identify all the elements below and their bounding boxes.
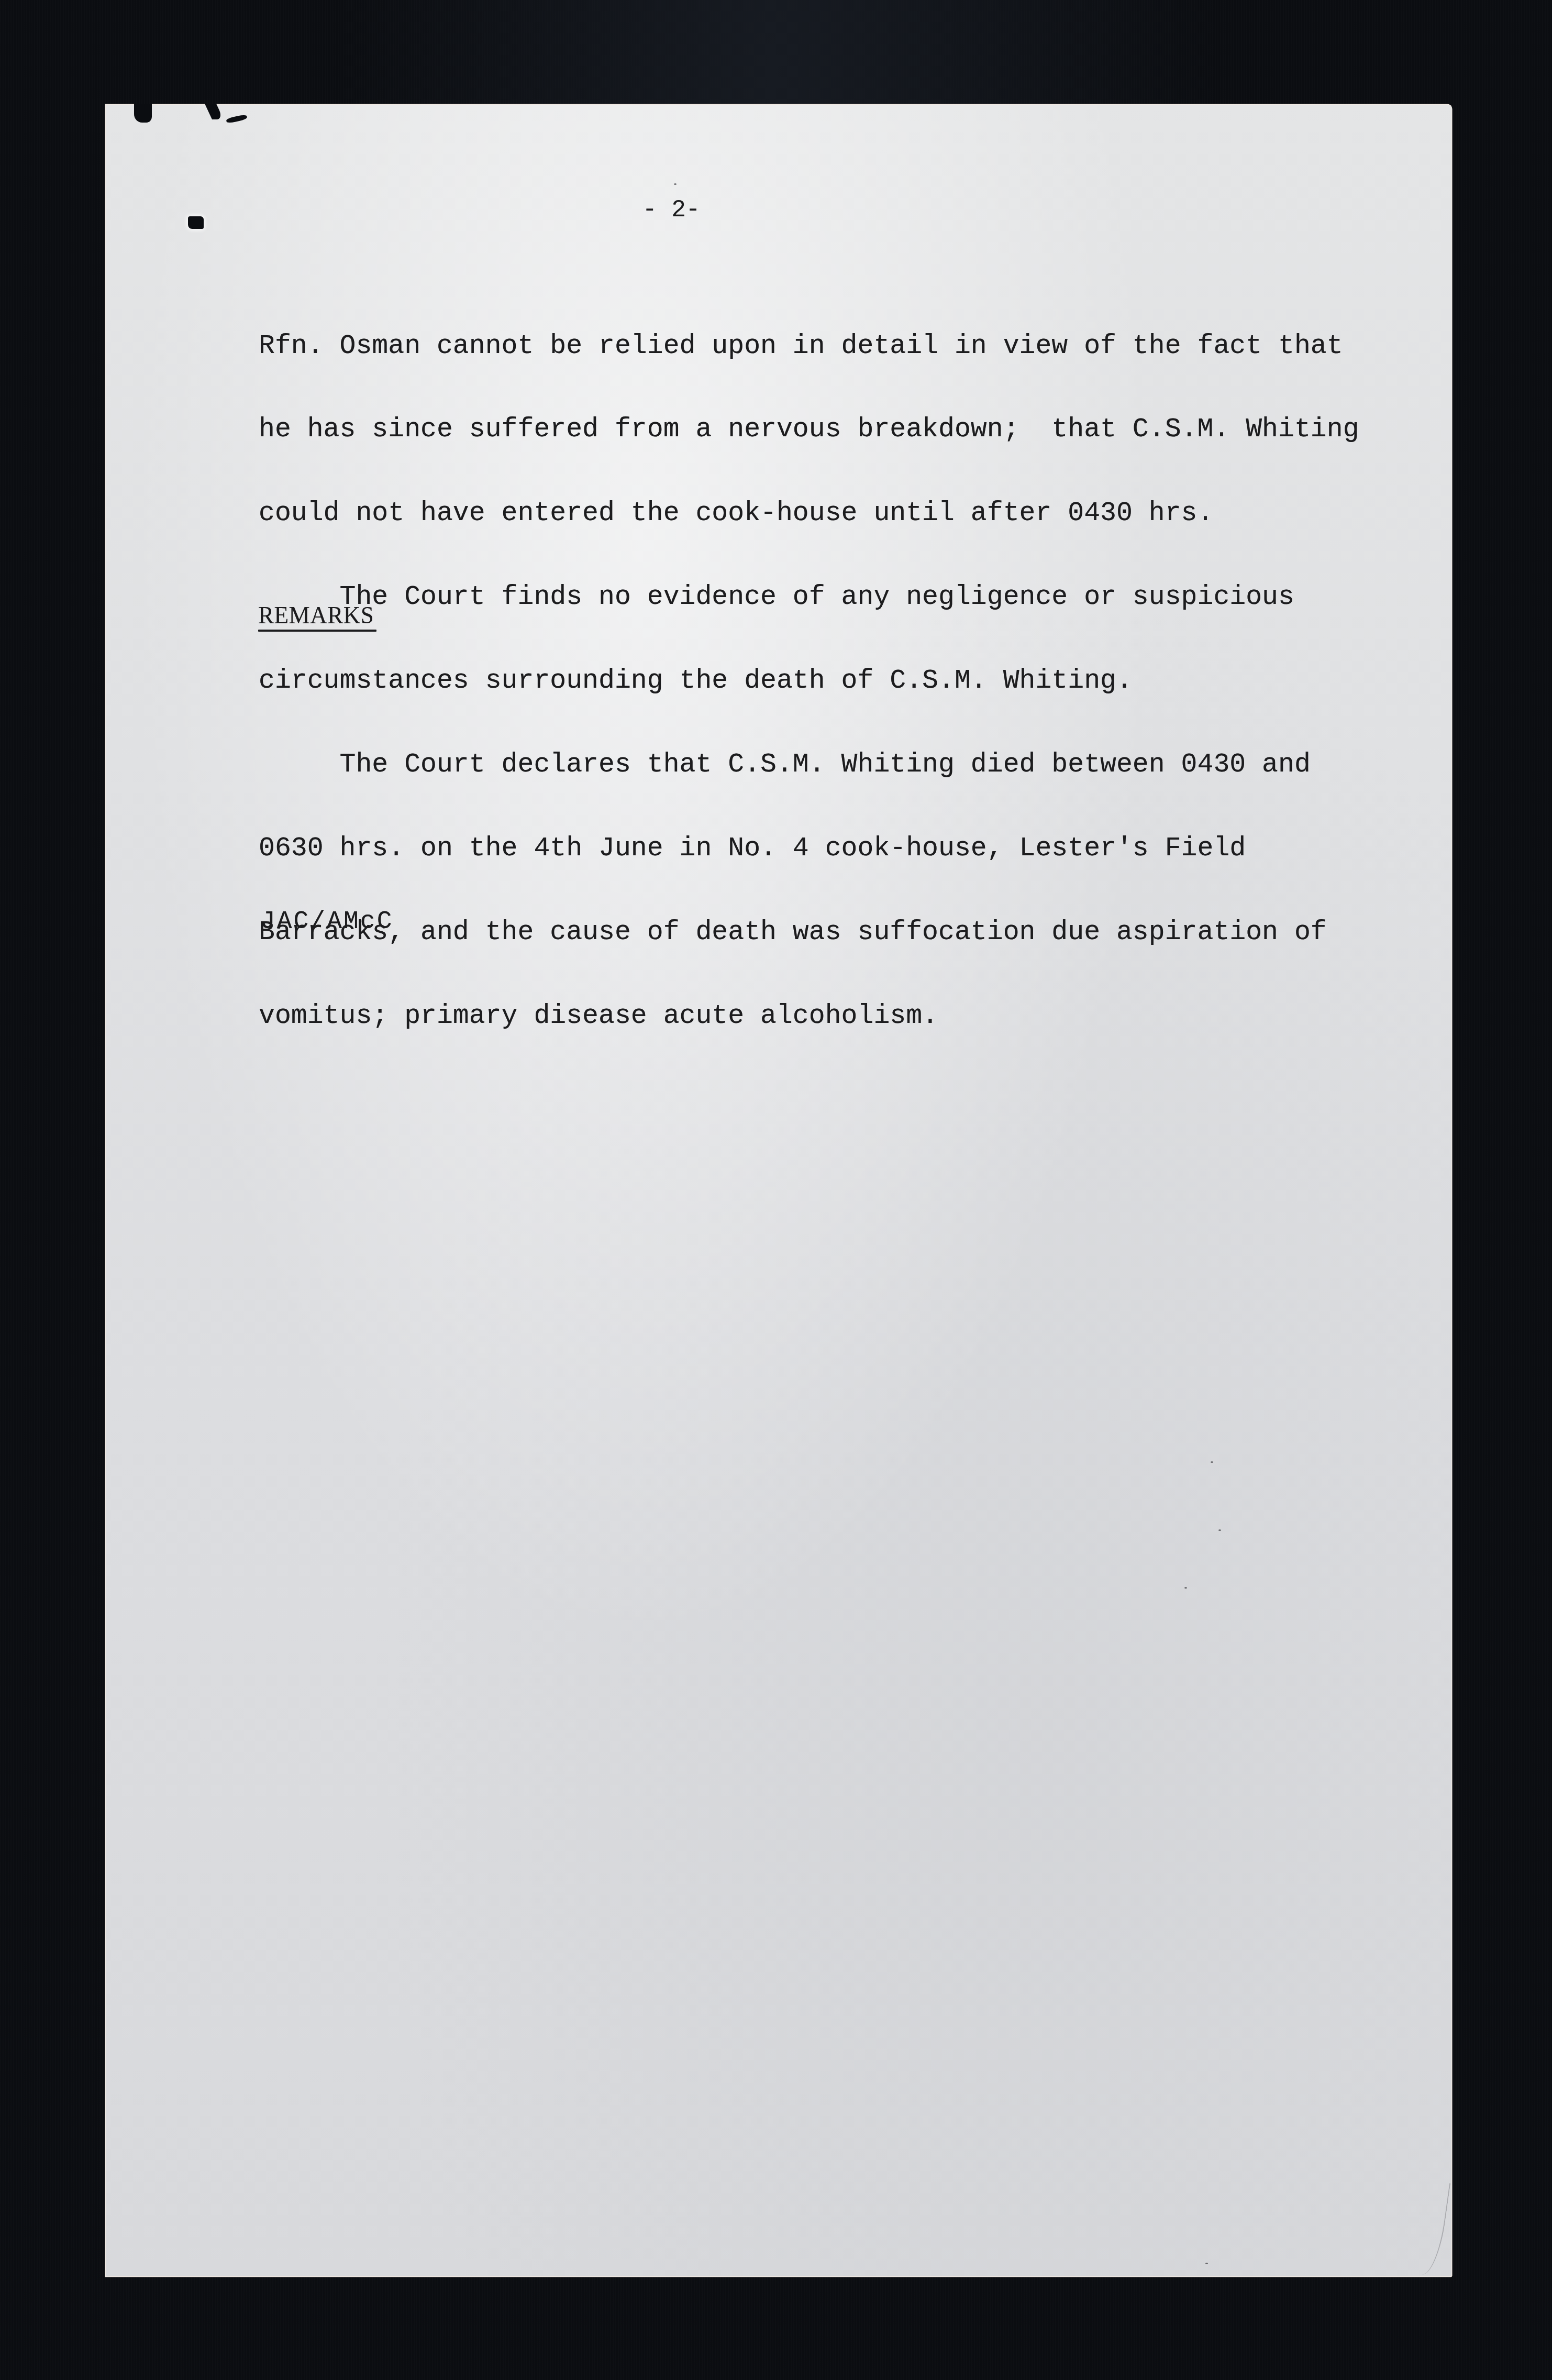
- body-line: The Court declares that C.S.M. Whiting d…: [259, 751, 1359, 779]
- reference-initials: JAC/AMcC: [260, 908, 393, 936]
- remarks-heading: REMARKS: [258, 602, 374, 629]
- body-line: could not have entered the cook-house un…: [259, 500, 1359, 527]
- torn-edge: [205, 104, 224, 119]
- torn-edge: [134, 104, 152, 123]
- page-number: - 2-: [642, 196, 700, 224]
- paper-speck: [1205, 2263, 1208, 2264]
- body-line: circumstances surrounding the death of C…: [259, 667, 1359, 695]
- body-line: Barracks, and the cause of death was suf…: [259, 919, 1359, 946]
- torn-edge: [226, 114, 247, 124]
- paper-speck: [1211, 1461, 1213, 1463]
- body-line: The Court finds no evidence of any negli…: [259, 583, 1359, 611]
- corner-crease: [1412, 2179, 1451, 2276]
- paper-speck: [1218, 1529, 1221, 1531]
- body-line: 0630 hrs. on the 4th June in No. 4 cook-…: [259, 835, 1359, 863]
- body-line: Rfn. Osman cannot be relied upon in deta…: [259, 333, 1359, 360]
- document-page: - 2- Rfn. Osman cannot be relied upon in…: [106, 105, 1451, 2276]
- body-text: Rfn. Osman cannot be relied upon in deta…: [259, 277, 1359, 1086]
- remarks-underline: [258, 630, 376, 632]
- paper-speck: [1184, 1587, 1187, 1589]
- body-line: vomitus; primary disease acute alcoholis…: [259, 1002, 1359, 1030]
- paper-speck: [674, 183, 677, 185]
- body-line: he has since suffered from a nervous bre…: [259, 416, 1359, 444]
- punch-hole: [188, 216, 204, 229]
